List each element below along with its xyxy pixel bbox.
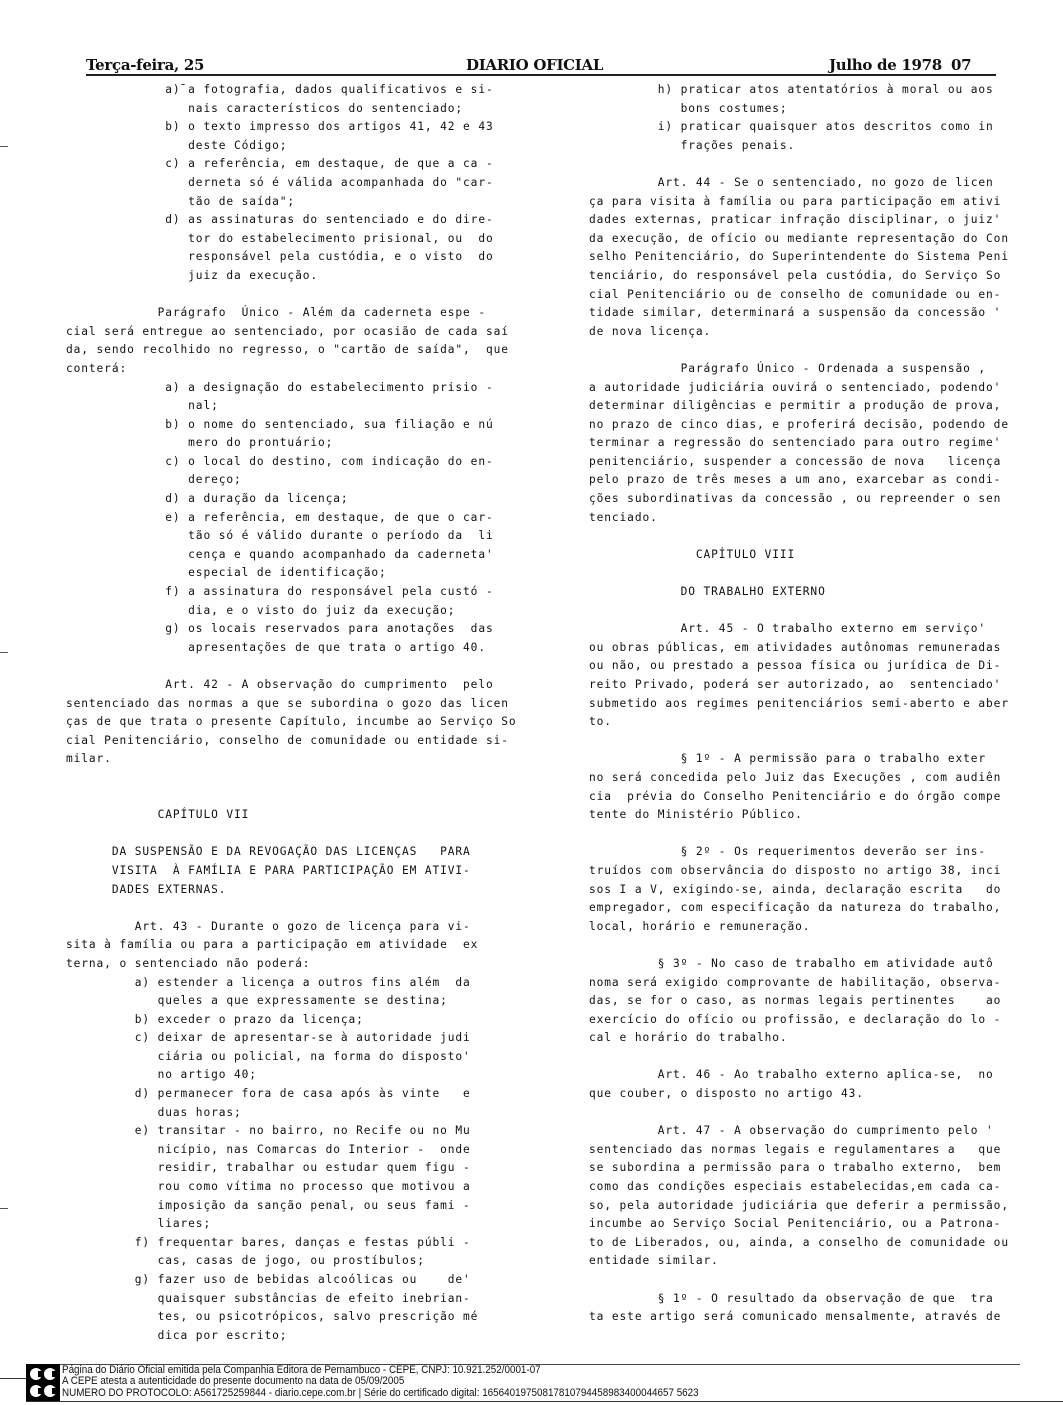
paragraph-gap	[589, 936, 1009, 955]
text-line: que couber, o disposto no artigo 43.	[589, 1085, 1009, 1104]
text-line: e) a referência, em destaque, de que o c…	[66, 509, 506, 528]
paragraph-gap	[66, 286, 506, 305]
text-line: da, sendo recolhido no regresso, o "cart…	[66, 341, 506, 360]
margin-mark	[0, 1208, 8, 1209]
page-header: Terça-feira, 25 DIARIO OFICIAL Julho de …	[86, 54, 992, 76]
text-line: to.	[589, 713, 1009, 732]
text-line: selho Penitenciário, do Superintendente …	[589, 248, 1009, 267]
text-line: Art. 45 - O trabalho externo em serviço'	[589, 620, 1009, 639]
left-column: a)̄ a fotografia, dados qualificativos e…	[66, 81, 506, 1345]
text-line: tão de saída";	[66, 193, 506, 212]
text-line: ções subordinativas da concessão , ou re…	[589, 490, 1009, 509]
text-line: ça para visita à família ou para partici…	[589, 193, 1009, 212]
text-line: terna, o sentenciado não poderá:	[66, 955, 506, 974]
text-line: dia, e o visto do juiz da execução;	[66, 602, 506, 621]
text-line: DADES EXTERNAS.	[66, 881, 506, 900]
text-line: Art. 42 - A observação do cumprimento pe…	[66, 676, 506, 695]
cepe-logo-icon	[26, 1364, 60, 1402]
text-line: g) fazer uso de bebidas alcoólicas ou de…	[66, 1271, 506, 1290]
text-line: i) praticar quaisquer atos descritos com…	[589, 118, 1009, 137]
footer-certification: Página do Diário Oficial emitida pela Co…	[62, 1365, 699, 1399]
text-line: § 3º - No caso de trabalho em atividade …	[589, 955, 1009, 974]
text-line: determinar diligências e permitir a prod…	[589, 397, 1009, 416]
text-line: tidade similar, determinará a suspensão …	[589, 304, 1009, 323]
text-line: f) a assinatura do responsável pela cust…	[66, 583, 506, 602]
text-line: derneta só é válida acompanhada do "car-	[66, 174, 506, 193]
text-line: Parágrafo Único - Ordenada a suspensão ,	[589, 360, 1009, 379]
text-line: da execução, de ofício ou mediante repre…	[589, 230, 1009, 249]
text-line: e) transitar - no bairro, no Recife ou n…	[66, 1122, 506, 1141]
text-line: bons costumes;	[589, 100, 1009, 119]
paragraph-gap	[589, 1271, 1009, 1290]
text-line: tenciário, do responsável pela custódia,…	[589, 267, 1009, 286]
text-line: como das condições especiais estabelecid…	[589, 1178, 1009, 1197]
paragraph-gap	[589, 602, 1009, 621]
text-line: to de Liberados, ou, ainda, a conselho d…	[589, 1234, 1009, 1253]
text-line: cia prévia do Conselho Penitenciário e d…	[589, 788, 1009, 807]
paragraph-gap	[66, 899, 506, 918]
text-line: tão só é válido durante o período da li	[66, 527, 506, 546]
header-day: Terça-feira, 25	[86, 56, 204, 74]
text-line: cial Penitenciário, conselho de comunida…	[66, 732, 506, 751]
text-line: responsável pela custódia, e o visto do	[66, 248, 506, 267]
text-line: submetido aos regimes penitenciários sem…	[589, 695, 1009, 714]
text-line: quaisquer substâncias de efeito inebrian…	[66, 1290, 506, 1309]
text-line: no artigo 40;	[66, 1066, 506, 1085]
text-line: g) os locais reservados para anotações d…	[66, 620, 506, 639]
text-line: d) a duração da licença;	[66, 490, 506, 509]
page-number: 07	[951, 56, 971, 74]
text-line: duas horas;	[66, 1104, 506, 1123]
text-line: tenciado.	[589, 509, 1009, 528]
text-line: dades externas, praticar infração discip…	[589, 211, 1009, 230]
text-line: a)̄ a fotografia, dados qualificativos e…	[66, 81, 506, 100]
text-line: cal e horário do trabalho.	[589, 1029, 1009, 1048]
text-line: ças de que trata o presente Capítulo, in…	[66, 713, 506, 732]
text-line: Art. 44 - Se o sentenciado, no gozo de l…	[589, 174, 1009, 193]
margin-mark	[0, 146, 8, 147]
text-line: sos I a V, exigindo-se, ainda, declaraçã…	[589, 881, 1009, 900]
text-line: pelo prazo de três meses a um ano, exarc…	[589, 471, 1009, 490]
text-line: especial de identificação;	[66, 564, 506, 583]
text-line: a) estender a licença a outros fins além…	[66, 974, 506, 993]
text-line: ta este artigo será comunicado mensalmen…	[589, 1308, 1009, 1327]
text-line: § 1º - O resultado da observação de que …	[589, 1290, 1009, 1309]
text-line: dica por escrito;	[66, 1327, 506, 1346]
text-line: nicípio, nas Comarcas do Interior - onde	[66, 1141, 506, 1160]
header-date: Julho de 1978	[829, 56, 942, 74]
footer-line-3: NUMERO DO PROTOCOLO: A561725259844 - dia…	[62, 1388, 699, 1399]
text-line: de nova licença.	[589, 323, 1009, 342]
text-line: c) deixar de apresentar-se à autoridade …	[66, 1029, 506, 1048]
text-line: c) a referência, em destaque, de que a c…	[66, 155, 506, 174]
text-line: dereço;	[66, 471, 506, 490]
text-line: ou obras públicas, em atividades autônom…	[589, 639, 1009, 658]
text-line: apresentações de que trata o artigo 40.	[66, 639, 506, 658]
text-line: conterá:	[66, 360, 506, 379]
paragraph-gap	[589, 155, 1009, 174]
text-line: terminar a regressão do sentenciado para…	[589, 434, 1009, 453]
paragraph-gap	[589, 341, 1009, 360]
text-line: no prazo de cinco dias, e proferirá deci…	[589, 416, 1009, 435]
text-line: Art. 43 - Durante o gozo de licença para…	[66, 918, 506, 937]
paragraph-gap	[589, 564, 1009, 583]
text-line: mero do prontuário;	[66, 434, 506, 453]
footer-line-2: A CEPE atesta a autenticidade do present…	[62, 1376, 699, 1387]
text-line: a autoridade judiciária ouvirá o sentenc…	[589, 379, 1009, 398]
text-line: noma será exigido comprovante de habilit…	[589, 974, 1009, 993]
text-line: se subordina a permissão para o trabalho…	[589, 1159, 1009, 1178]
text-line: sita à família ou para a participação em…	[66, 936, 506, 955]
text-line: b) o nome do sentenciado, sua filiação e…	[66, 416, 506, 435]
text-line: cas, casas de jogo, ou prostíbulos;	[66, 1252, 506, 1271]
header-rule	[86, 74, 996, 76]
text-line: CAPÍTULO VIII	[589, 546, 1009, 565]
text-line: cial será entregue ao sentenciado, por o…	[66, 323, 506, 342]
text-line: empregador, com especificação da naturez…	[589, 899, 1009, 918]
text-line: sentenciado das normas legais e regulame…	[589, 1141, 1009, 1160]
text-line: nais característicos do sentenciado;	[66, 100, 506, 119]
paragraph-gap	[589, 527, 1009, 546]
text-line: DO TRABALHO EXTERNO	[589, 583, 1009, 602]
text-line: Parágrafo Único - Além da caderneta espe…	[66, 304, 506, 323]
text-line: exercício do ofício ou profissão, e decl…	[589, 1011, 1009, 1030]
paragraph-gap	[66, 825, 506, 844]
text-line: tor do estabelecimento prisional, ou do	[66, 230, 506, 249]
text-line: CAPÍTULO VII	[66, 806, 506, 825]
text-line: liares;	[66, 1215, 506, 1234]
cepe-logo-glyph-icon	[26, 1364, 60, 1402]
footer-bottom-rule	[26, 1401, 1063, 1402]
text-line: § 2º - Os requerimentos deverão ser ins-	[589, 843, 1009, 862]
text-line: local, horário e remuneração.	[589, 918, 1009, 937]
text-line: sentenciado das normas a que se subordin…	[66, 695, 506, 714]
paragraph-gap	[66, 769, 506, 788]
paragraph-gap	[66, 788, 506, 807]
text-line: no será concedida pelo Juiz das Execuçõe…	[589, 769, 1009, 788]
text-line: milar.	[66, 750, 506, 769]
paragraph-gap	[589, 1048, 1009, 1067]
text-line: ou não, ou prestado a pessoa física ou j…	[589, 657, 1009, 676]
text-line: penitenciário, suspender a concessão de …	[589, 453, 1009, 472]
text-line: f) frequentar bares, danças e festas púb…	[66, 1234, 506, 1253]
text-line: d) permanecer fora de casa após às vinte…	[66, 1085, 506, 1104]
text-line: tente do Ministério Público.	[589, 806, 1009, 825]
newspaper-title: DIARIO OFICIAL	[466, 56, 603, 74]
text-line: cial Penitenciário ou de conselho de com…	[589, 286, 1009, 305]
text-line: queles a que expressamente se destina;	[66, 992, 506, 1011]
text-line: nal;	[66, 397, 506, 416]
text-line: ciária ou policial, na forma do disposto…	[66, 1048, 506, 1067]
text-line: truídos com observância do disposto no a…	[589, 862, 1009, 881]
text-line: d) as assinaturas do sentenciado e do di…	[66, 211, 506, 230]
text-line: juiz da execução.	[66, 267, 506, 286]
text-line: a) a designação do estabelecimento prisi…	[66, 379, 506, 398]
text-line: imposição da sanção penal, ou seus fami …	[66, 1197, 506, 1216]
text-line: § 1º - A permissão para o trabalho exter	[589, 750, 1009, 769]
text-line: das, se for o caso, as normas legais per…	[589, 992, 1009, 1011]
text-line: b) exceder o prazo da licença;	[66, 1011, 506, 1030]
text-line: h) praticar atos atentatórios à moral ou…	[589, 81, 1009, 100]
paragraph-gap	[589, 825, 1009, 844]
text-line: so, pela autoridade judiciária que defer…	[589, 1197, 1009, 1216]
paragraph-gap	[589, 1104, 1009, 1123]
text-line: rou como vítima no processo que motivou …	[66, 1178, 506, 1197]
text-line: VISITA À FAMÍLIA E PARA PARTICIPAÇÃO EM …	[66, 862, 506, 881]
text-line: Art. 47 - A observação do cumprimento pe…	[589, 1122, 1009, 1141]
text-line: frações penais.	[589, 137, 1009, 156]
footer-left-rule	[0, 1378, 26, 1379]
text-line: Art. 46 - Ao trabalho externo aplica-se,…	[589, 1066, 1009, 1085]
paragraph-gap	[66, 657, 506, 676]
text-line: b) o texto impresso dos artigos 41, 42 e…	[66, 118, 506, 137]
text-line: residir, trabalhar ou estudar quem figu …	[66, 1159, 506, 1178]
text-line: reito Privado, poderá ser autorizado, ao…	[589, 676, 1009, 695]
text-line: DA SUSPENSÃO E DA REVOGAÇÃO DAS LICENÇAS…	[66, 843, 506, 862]
text-line: c) o local do destino, com indicação do …	[66, 453, 506, 472]
paragraph-gap	[589, 732, 1009, 751]
text-line: incumbe ao Serviço Social Penitenciário,…	[589, 1215, 1009, 1234]
right-column: h) praticar atos atentatórios à moral ou…	[589, 81, 1009, 1327]
text-line: cença e quando acompanhado da caderneta'	[66, 546, 506, 565]
text-line: entidade similar.	[589, 1252, 1009, 1271]
margin-mark	[0, 652, 8, 653]
text-line: tes, ou psicotrópicos, salvo prescrição …	[66, 1308, 506, 1327]
text-line: deste Código;	[66, 137, 506, 156]
